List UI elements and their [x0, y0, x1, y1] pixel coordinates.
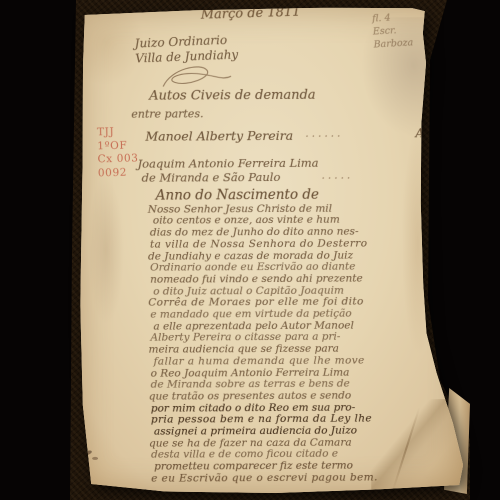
paper-crease [392, 407, 421, 491]
body-line: que se ha de fazer na caza da Camara [149, 437, 443, 450]
stain-left-margin [88, 175, 125, 325]
body-line: Alberty Pereira o citasse para a pri- [150, 332, 442, 345]
body-line: o Reo Joaquim Antonio Ferreira Lima [151, 367, 443, 380]
body-line: Anno do Nascimento de [156, 189, 442, 202]
body-line: o dito Juiz actual o Capitão Joaquim [153, 285, 442, 298]
date-line: Março de 1811 [201, 5, 301, 23]
handwriting-layer: Março de 1811 fl. 4Escr.Barboza Juizo Or… [73, 3, 468, 497]
body-line: Corrêa de Moraes por elle me foi dito [148, 296, 442, 309]
body-line: de Jundiahy e cazas de morada do Juiz [148, 250, 442, 263]
body-line: e mandado que em virtude da petição [150, 308, 442, 321]
defendant-name-line2: de Miranda e São Paulo [142, 170, 281, 185]
corner-note-line: Barboza [373, 36, 413, 51]
body-line: por mim citado o dito Reo em sua pro- [151, 402, 443, 415]
photo-background: Março de 1811 fl. 4Escr.Barboza Juizo Or… [0, 0, 500, 500]
body-line: meira audiencia que se fizesse para [148, 343, 442, 356]
archival-shelfmark: TJJ1ºOFCx 0030092 [97, 125, 139, 180]
body-line: oito centos e onze, aos vinte e hum [153, 215, 442, 228]
plaintiff-role-mark: A. [415, 126, 428, 140]
manuscript-page: Março de 1811 fl. 4Escr.Barboza Juizo Or… [73, 3, 468, 497]
shelfmark-line: TJJ [97, 125, 138, 139]
case-title-line1: Autos Civeis de demanda [149, 88, 315, 104]
body-line: ta villa de Nossa Senhora do Desterro [150, 238, 442, 251]
body-line: prometteu comparecer fiz este termo [154, 460, 443, 473]
body-line: assignei a primeira audiencia do Juizo [154, 425, 443, 438]
corner-note-line: fl. 4 [372, 10, 412, 25]
case-title-line2: entre partes. [131, 107, 203, 120]
stain-right-edge [401, 133, 434, 353]
body-line: de Miranda sobre as terras e bens de [151, 378, 443, 391]
body-line: desta villa e de como ficou citado e [151, 449, 443, 462]
defendant-name-line1: Joaquim Antonio Ferreira Lima [138, 156, 319, 171]
rubric-flourish [157, 60, 237, 96]
court-heading: Juizo OrdinarioVilla de Jundiahy [134, 32, 238, 66]
body-line: dias do mez de Junho do dito anno nes- [150, 226, 442, 239]
court-heading-line: Juizo Ordinario [134, 32, 238, 51]
leader-dots: · · · · · · [305, 132, 340, 143]
body-line: que tratão os presentes autos e sendo [149, 390, 443, 403]
body-line: Ordinario aonde eu Escrivão ao diante [150, 261, 442, 274]
defendant-role-mark: R. [430, 165, 443, 179]
body-line: fallar a huma demanda que lhe move [154, 355, 443, 368]
corner-foliation-note: fl. 4Escr.Barboza [372, 10, 414, 51]
body-line: e eu Escrivão que o escrevi pagou bem. [151, 472, 443, 485]
paper-shadow-wrap: Março de 1811 fl. 4Escr.Barboza Juizo Or… [0, 0, 500, 500]
body-line: pria pessoa bem e na forma da Ley lhe [151, 413, 443, 426]
stain-top-left [81, 13, 143, 85]
shelfmark-line: Cx 003 [97, 152, 138, 166]
fold-shadow-bottom-right [371, 399, 463, 489]
corner-note-line: Escr. [373, 23, 413, 38]
body-paragraph: Anno do Nascimento deNosso Senhor Jesus … [150, 189, 444, 485]
shelfmark-line: 0092 [98, 166, 139, 180]
body-line: a elle aprezentada pelo Autor Manoel [153, 320, 442, 333]
court-heading-line: Villa de Jundiahy [135, 47, 239, 66]
ink-speck [92, 457, 98, 460]
stain-top-right [361, 17, 450, 137]
body-line: nomeado fui vindo e sendo ahi prezente [150, 273, 442, 286]
body-line: Nosso Senhor Jesus Christo de mil [148, 203, 442, 216]
leader-dots: · · · · · [322, 174, 351, 185]
shelfmark-line: 1ºOF [97, 139, 138, 153]
ink-speck [83, 450, 93, 457]
plaintiff-name: Manoel Alberty Pereira [145, 128, 293, 144]
